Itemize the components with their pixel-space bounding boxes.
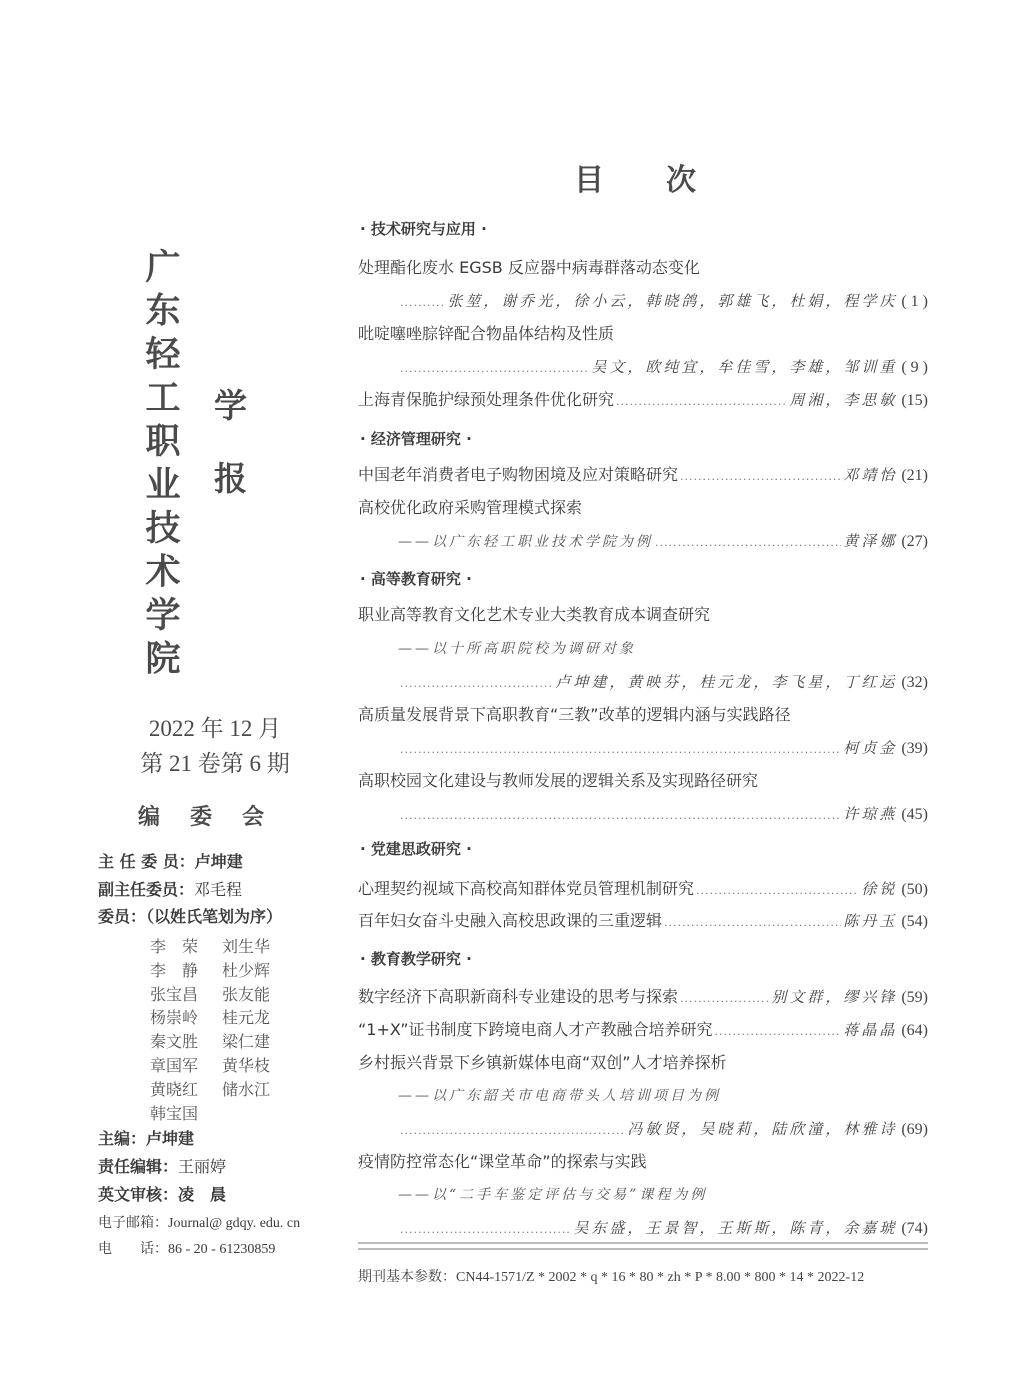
toc-entry[interactable]: ——以广东轻工职业技术学院为例黄泽娜(27) <box>398 529 928 553</box>
board-member-name <box>222 1102 294 1126</box>
toc-entry[interactable]: “1+X”证书制度下跨境电商人才产教融合培养研究蒋晶晶(64) <box>358 1018 928 1042</box>
toc-entry-page[interactable]: ( 9 ) <box>901 356 928 379</box>
toc-entry-title: 百年妇女奋斗史融入高校思政课的三重逻辑 <box>358 909 662 933</box>
board-responsible-editor: 责任编辑：王丽婷 <box>98 1155 226 1179</box>
toc-section-heading: · 技术研究与应用 · <box>360 218 487 239</box>
toc-entry-subtitle: ——以广东韶关市电商带头人培训项目为例 <box>398 1084 721 1108</box>
toc-entry-authors: 冯敏贤，吴晓莉，陆欣潼，林雅诗 <box>627 1117 897 1141</box>
toc-entry-subtitle: ——以“二手车鉴定评估与交易”课程为例 <box>398 1183 707 1207</box>
board-member-name: 章国军 <box>150 1054 222 1078</box>
toc-entry-page[interactable]: (50) <box>901 878 928 901</box>
toc-entry[interactable]: 许琼燕(45) <box>398 802 928 826</box>
board-english-reviewer: 英文审核：凌 晨 <box>98 1183 226 1207</box>
board-member-name: 刘生华 <box>222 935 294 959</box>
toc-title: 目次 <box>574 155 758 199</box>
toc-entry[interactable]: 吴文，欧纯宜，牟佳雪，李雄，邹训重( 9 ) <box>398 355 928 379</box>
toc-entry-title: 上海青保脆护绿预处理条件优化研究 <box>358 388 614 412</box>
journal-name: 广东轻工职业技术学院 <box>141 248 181 683</box>
toc-entry[interactable]: 百年妇女奋斗史融入高校思政课的三重逻辑陈丹玉(54) <box>358 909 928 933</box>
board-member-row: 李 荣刘生华 <box>150 935 294 959</box>
toc-entry-authors: 吴文，欧纯宜，牟佳雪，李雄，邹训重 <box>591 355 897 379</box>
dot-leader <box>400 357 589 379</box>
toc-entry[interactable]: 柯贞金(39) <box>398 736 928 760</box>
toc-entry-title: 吡啶噻唑腙锌配合物晶体结构及性质 <box>358 322 614 346</box>
toc-entry-authors: 黄泽娜 <box>843 529 897 553</box>
toc-section-heading: · 党建思政研究 · <box>360 838 472 859</box>
toc-entry-page[interactable]: (74) <box>901 1217 928 1240</box>
toc-entry-title: 中国老年消费者电子购物困境及应对策略研究 <box>358 463 678 487</box>
toc-entry-title: 心理契约视域下高校高知群体党员管理机制研究 <box>358 877 694 901</box>
editorial-board-title: 编委会 <box>138 800 294 831</box>
toc-entry[interactable]: 心理契约视域下高校高知群体党员管理机制研究徐锐(50) <box>358 877 928 901</box>
board-member-name: 张友能 <box>222 983 294 1007</box>
toc-entry-authors: 吴东盛，王景智，王斯斯，陈青，余嘉琥 <box>573 1216 897 1240</box>
board-member-name: 黄华枝 <box>222 1054 294 1078</box>
dot-leader <box>400 738 841 760</box>
dot-leader <box>400 1218 571 1240</box>
issue-volume: 第 21 卷第 6 期 <box>90 745 340 778</box>
board-members-list: 李 荣刘生华李 静杜少辉张宝昌张友能杨崇岭桂元龙秦文胜梁仁建章国军黄华枝黄晓红储… <box>150 935 294 1125</box>
board-editor-in-chief: 主编：卢坤建 <box>98 1127 194 1151</box>
dot-leader <box>680 465 841 487</box>
board-member-row: 章国军黄华枝 <box>150 1054 294 1078</box>
toc-entry-authors: 许琼燕 <box>843 802 897 826</box>
toc-entry: 职业高等教育文化艺术专业大类教育成本调查研究 <box>358 603 928 627</box>
toc-entry-title: 高质量发展背景下高职教育“三教”改革的逻辑内涵与实践路径 <box>358 703 791 727</box>
board-member-name: 韩宝国 <box>150 1102 222 1126</box>
toc-entry-page[interactable]: (39) <box>901 737 928 760</box>
toc-entry-page[interactable]: (15) <box>901 389 928 412</box>
board-deputy: 副主任委员：邓毛程 <box>98 878 242 902</box>
toc-entry-page[interactable]: (59) <box>901 986 928 1009</box>
toc-entry: 高质量发展背景下高职教育“三教”改革的逻辑内涵与实践路径 <box>358 703 928 727</box>
toc-entry-subtitle: ——以十所高职院校为调研对象 <box>398 637 636 661</box>
email-link[interactable]: Journal@ gdqy. edu. cn <box>168 1216 300 1231</box>
toc-entry-authors: 陈丹玉 <box>843 909 897 933</box>
dot-leader <box>696 879 859 901</box>
toc-section-heading: · 教育教学研究 · <box>360 948 472 969</box>
dot-leader <box>680 987 769 1009</box>
dot-leader <box>655 531 841 553</box>
toc-entry-authors: 别文群，缪兴锋 <box>771 985 897 1009</box>
toc-entry[interactable]: 数字经济下高职新商科专业建设的思考与探索别文群，缪兴锋(59) <box>358 985 928 1009</box>
board-member-name: 梁仁建 <box>222 1030 294 1054</box>
toc-entry-page[interactable]: (21) <box>901 464 928 487</box>
toc-entry: 乡村振兴背景下乡镇新媒体电商“双创”人才培养探析 <box>358 1051 928 1075</box>
toc-entry: ——以十所高职院校为调研对象 <box>398 637 928 661</box>
toc-entry[interactable]: 吴东盛，王景智，王斯斯，陈青，余嘉琥(74) <box>398 1216 928 1240</box>
board-member-name: 李 荣 <box>150 935 222 959</box>
toc-entry-page[interactable]: (27) <box>901 530 928 553</box>
dot-leader <box>400 672 553 694</box>
toc-entry-authors: 张堃，谢乔光，徐小云，韩晓鸽，郭雄飞，杜娟，程学庆 <box>447 289 897 313</box>
toc-section-heading: · 经济管理研究 · <box>360 428 472 449</box>
board-member-name: 桂元龙 <box>222 1006 294 1030</box>
toc-entry-title: 乡村振兴背景下乡镇新媒体电商“双创”人才培养探析 <box>358 1051 727 1075</box>
toc-entry: 处理酯化废水 EGSB 反应器中病毒群落动态变化 <box>358 256 928 280</box>
toc-entry-title: “1+X”证书制度下跨境电商人才产教融合培养研究 <box>358 1018 712 1042</box>
toc-entry-title: 数字经济下高职新商科专业建设的思考与探索 <box>358 985 678 1009</box>
toc-entry: ——以广东韶关市电商带头人培训项目为例 <box>398 1084 928 1108</box>
board-member-name: 秦文胜 <box>150 1030 222 1054</box>
toc-entry-page[interactable]: (64) <box>901 1019 928 1042</box>
toc-entry[interactable]: 上海青保脆护绿预处理条件优化研究周湘，李思敏(15) <box>358 388 928 412</box>
board-member-row: 李 静杜少辉 <box>150 959 294 983</box>
journal-params: 期刊基本参数：CN44-1571/Z * 2002 * q * 16 * 80 … <box>358 1266 864 1286</box>
board-member-row: 韩宝国 <box>150 1102 294 1126</box>
board-member-name: 李 静 <box>150 959 222 983</box>
toc-entry-page[interactable]: ( 1 ) <box>901 290 928 313</box>
toc-entry-page[interactable]: (32) <box>901 671 928 694</box>
board-member-name: 张宝昌 <box>150 983 222 1007</box>
dot-leader <box>400 1119 625 1141</box>
board-member-name: 杨崇岭 <box>150 1006 222 1030</box>
toc-entry[interactable]: 张堃，谢乔光，徐小云，韩晓鸽，郭雄飞，杜娟，程学庆( 1 ) <box>398 289 928 313</box>
toc-entry-title: 疫情防控常态化“课堂革命”的探索与实践 <box>358 1150 647 1174</box>
board-member-name: 储水江 <box>222 1078 294 1102</box>
dot-leader <box>400 291 445 313</box>
toc-entry-authors: 卢坤建，黄映芬，桂元龙，李飞星，丁红运 <box>555 670 897 694</box>
dot-leader <box>400 804 841 826</box>
board-member-row: 杨崇岭桂元龙 <box>150 1006 294 1030</box>
toc-entry-authors: 徐锐 <box>861 877 897 901</box>
dot-leader <box>664 911 841 933</box>
toc-section-heading: · 高等教育研究 · <box>360 568 472 589</box>
toc-entry-page[interactable]: (54) <box>901 910 928 933</box>
toc-entry-page[interactable]: (45) <box>901 803 928 826</box>
toc-entry: 吡啶噻唑腙锌配合物晶体结构及性质 <box>358 322 928 346</box>
toc-entry: 高职校园文化建设与教师发展的逻辑关系及实现路径研究 <box>358 769 928 793</box>
toc-entry-title: 处理酯化废水 EGSB 反应器中病毒群落动态变化 <box>358 256 700 280</box>
toc-entry-authors: 邓靖怡 <box>843 463 897 487</box>
dot-leader <box>714 1020 841 1042</box>
journal-suffix: 学报 <box>212 388 252 534</box>
contact-phone: 电 话：86 - 20 - 61230859 <box>98 1238 275 1258</box>
double-rule-divider <box>358 1242 928 1250</box>
issue-date: 2022 年 12 月 <box>90 710 340 743</box>
toc-entry-title: 高职校园文化建设与教师发展的逻辑关系及实现路径研究 <box>358 769 758 793</box>
board-member-row: 秦文胜梁仁建 <box>150 1030 294 1054</box>
toc-entry-title: 高校优化政府采购管理模式探索 <box>358 496 582 520</box>
toc-entry[interactable]: 冯敏贤，吴晓莉，陆欣潼，林雅诗(69) <box>398 1117 928 1141</box>
board-member-row: 黄晓红储水江 <box>150 1078 294 1102</box>
board-member-name: 杜少辉 <box>222 959 294 983</box>
toc-entry[interactable]: 卢坤建，黄映芬，桂元龙，李飞星，丁红运(32) <box>398 670 928 694</box>
toc-entry-authors: 周湘，李思敏 <box>789 388 897 412</box>
board-director: 主 任 委 员：卢坤建 <box>98 850 243 874</box>
toc-entry-page[interactable]: (69) <box>901 1118 928 1141</box>
board-member-name: 黄晓红 <box>150 1078 222 1102</box>
toc-entry-subtitle: ——以广东轻工职业技术学院为例 <box>398 530 653 553</box>
toc-entry-authors: 蒋晶晶 <box>843 1018 897 1042</box>
toc-entry[interactable]: 中国老年消费者电子购物困境及应对策略研究邓靖怡(21) <box>358 463 928 487</box>
toc-entry: 高校优化政府采购管理模式探索 <box>358 496 928 520</box>
board-member-row: 张宝昌张友能 <box>150 983 294 1007</box>
board-members-label: 委员：（以姓氏笔划为序） <box>98 905 282 929</box>
dot-leader <box>616 390 787 412</box>
contact-email: 电子邮箱：Journal@ gdqy. edu. cn <box>98 1212 300 1232</box>
toc-entry: ——以“二手车鉴定评估与交易”课程为例 <box>398 1183 928 1207</box>
toc-entry-title: 职业高等教育文化艺术专业大类教育成本调查研究 <box>358 603 710 627</box>
toc-entry: 疫情防控常态化“课堂革命”的探索与实践 <box>358 1150 928 1174</box>
toc-entry-authors: 柯贞金 <box>843 736 897 760</box>
